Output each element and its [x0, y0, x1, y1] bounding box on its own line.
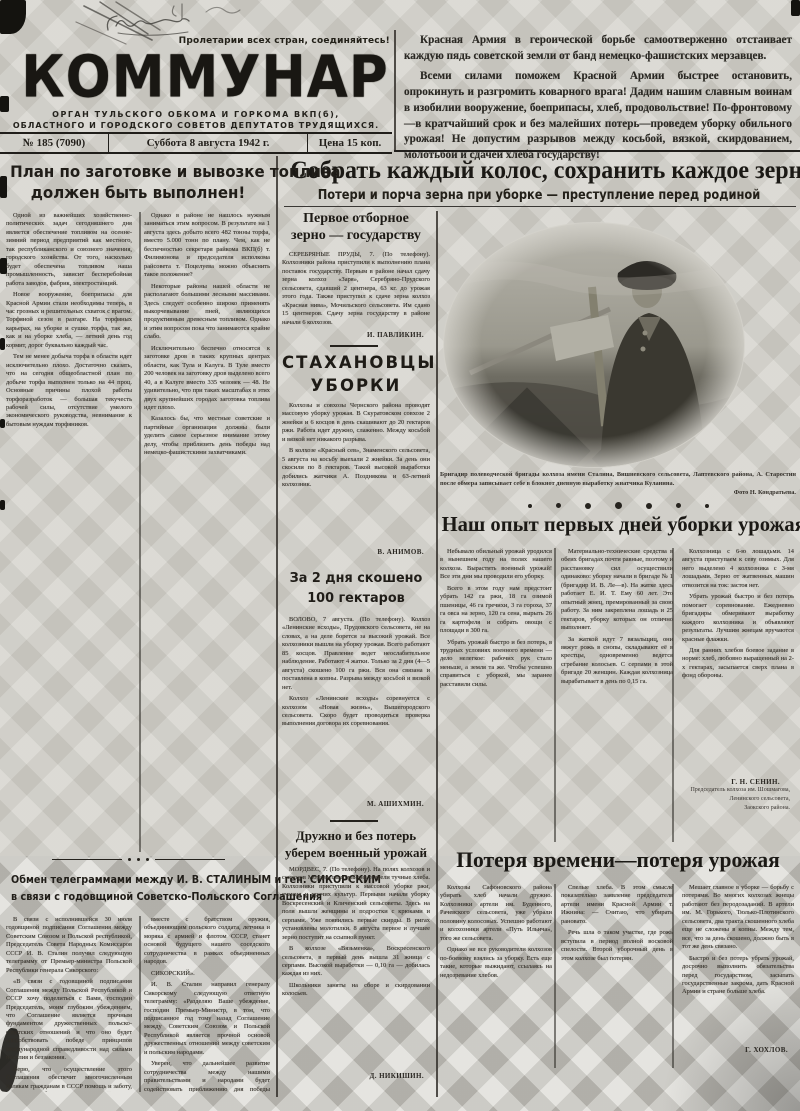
stakhanov-article: Колхозы и совхозы Чернского района прово… — [282, 402, 430, 556]
fuel-article-body: Одной из важнейших хозяйственно-политиче… — [6, 212, 270, 852]
harvest-photo — [442, 221, 748, 471]
mowed-byline: М. АШИХМИН. — [282, 800, 430, 808]
experience-col-3: Колхозница с 6-ю лошадьми. 14 августа пр… — [682, 548, 794, 842]
harvest-article: МОРДВЕС, 7. (По телефону). На полях колх… — [282, 866, 430, 1080]
lead-subhead: Потери и порча зерна при уборке — престу… — [311, 188, 767, 203]
stakhanov-byline: В. АНИМОВ. — [282, 548, 430, 556]
section-ornament — [40, 858, 236, 861]
time-loss-byline: Г. ХОХЛОВ. — [682, 1046, 794, 1054]
time-loss-body: Колхозы Сафоновского района убирать хлеб… — [440, 884, 796, 1070]
manifesto-paragraph: Красная Армия в героической борьбе самоо… — [404, 33, 792, 65]
masthead-org-line2: ОБЛАСТНОГО И ГОРОДСКОГО СОВЕТОВ ДЕПУТАТО… — [8, 121, 384, 130]
harvest-body: МОРДВЕС, 7. (По телефону). На полях колх… — [282, 866, 430, 1070]
article-divider — [330, 820, 378, 822]
mowed-title-line2: 100 гектаров — [286, 590, 427, 606]
experience-col-1: Небывало обильный урожай уродился в ныне… — [440, 548, 552, 842]
grain-article: СЕРЕБРЯНЫЕ ПРУДЫ, 7. (По телефону). Колх… — [282, 251, 430, 339]
divider — [394, 30, 396, 150]
scan-mark — [791, 0, 800, 16]
divider — [284, 206, 796, 207]
mowed-title-line1: За 2 дня скошено — [286, 570, 427, 586]
harvest-title-line2: уберем военный урожай — [282, 845, 430, 861]
stakhanov-body: Колхозы и совхозы Чернского района прово… — [282, 402, 430, 546]
scan-mark — [0, 96, 9, 112]
masthead-title: КОММУНАР — [21, 44, 370, 111]
photo-caption: Бригадир полеводческой бригады колхоза и… — [440, 470, 796, 488]
time-loss-col-1: Колхозы Сафоновского района убирать хлеб… — [440, 884, 552, 1070]
experience-signature-line: Ленинского сельсовета, — [682, 795, 794, 804]
grain-title-line2: зерно — государству — [282, 228, 430, 244]
front-manifesto: Красная Армия в героической борьбе самоо… — [404, 33, 792, 168]
issue-date: Суббота 8 августа 1942 г. — [109, 134, 307, 152]
column-rule — [436, 211, 438, 1097]
scan-mark — [0, 500, 5, 510]
article-divider — [330, 345, 378, 347]
grain-body: СЕРЕБРЯНЫЕ ПРУДЫ, 7. (По телефону). Колх… — [282, 251, 430, 329]
time-loss-col-3: Мешает главное в уборке — борьбу с потер… — [682, 884, 794, 1070]
photo-credit: Фото Н. Кондратьева. — [440, 489, 800, 496]
telegrams-col-2: вместе с братством оружия, объединяющим … — [144, 916, 270, 1092]
mowed-body: ВОЛОВО, 7 августа. (По телефону). Колхоз… — [282, 616, 430, 798]
issue-price: Цена 15 коп. — [307, 134, 392, 152]
time-loss-col-3-text: Мешает главное в уборке — борьбу с потер… — [682, 884, 794, 1044]
telegrams-title-line1: Обмен телеграммами между И. В. СТАЛИНЫМ … — [11, 874, 265, 886]
telegrams-col-1: В связи с исполнившейся 30 июля годовщин… — [6, 916, 132, 1092]
harvest-byline: Д. НИКИШИН. — [282, 1072, 430, 1080]
experience-body: Небывало обильный урожай уродился в ныне… — [440, 548, 796, 842]
experience-col-3-text: Колхозница с 6-ю лошадьми. 14 августа пр… — [682, 548, 794, 774]
telegrams-body: В связи с исполнившейся 30 июля годовщин… — [6, 916, 270, 1092]
experience-signature-line: Председатель колхоза им. Шошмагова, — [682, 786, 794, 795]
fuel-article-title-line1: План по заготовке и вывозке топлива — [10, 162, 266, 181]
experience-col-2: Материально-технические средства в обеих… — [561, 548, 673, 842]
newspaper-page: Пролетарии всех стран, соединяйтесь! КОМ… — [0, 0, 800, 1111]
stakhanov-title-line1: СТАХАНОВЦЫ — [282, 353, 430, 372]
dots-ornament — [438, 502, 798, 509]
harvest-title-line1: Дружно и без потерь — [282, 828, 430, 844]
time-loss-col-2: Спелые хлеба. В этом смысле показательно… — [561, 884, 673, 1070]
experience-title: Наш опыт первых дней уборки урожая — [442, 512, 795, 537]
telegrams-title-line2: в связи с годовщиной Советско-Польского … — [11, 891, 265, 903]
mowed-article: ВОЛОВО, 7 августа. (По телефону). Колхоз… — [282, 616, 430, 808]
column-rule — [276, 156, 278, 1097]
time-loss-title: Потеря времени—потеря урожая — [442, 847, 795, 873]
fuel-article-title-line2: должен быть выполнен! — [10, 183, 266, 202]
stakhanov-title-line2: УБОРКИ — [282, 376, 430, 395]
scan-mark — [0, 419, 5, 428]
divider — [394, 150, 800, 152]
masthead-org-line1: ОРГАН ТУЛЬСКОГО ОБКОМА И ГОРКОМА ВКП(б), — [20, 110, 372, 119]
lead-headline: Собрать каждый колос, сохранить каждое з… — [290, 157, 787, 185]
experience-signature-line: Заокского района. — [682, 804, 794, 813]
grain-byline: И. ПАВЛИКИН. — [282, 331, 430, 339]
fuel-col-2: Однако в районе не нашлось нужным занима… — [144, 212, 270, 852]
grain-title-line1: Первое отборное — [282, 211, 430, 227]
scan-blotch — [0, 0, 26, 34]
issue-bar: № 185 (7090) Суббота 8 августа 1942 г. Ц… — [0, 132, 392, 154]
issue-number: № 185 (7090) — [0, 134, 109, 152]
scan-mark — [0, 338, 5, 350]
experience-signature: Г. Н. СЕНИН. — [682, 778, 794, 786]
scan-mark — [0, 176, 7, 198]
fuel-col-1: Одной из важнейших хозяйственно-политиче… — [6, 212, 132, 852]
